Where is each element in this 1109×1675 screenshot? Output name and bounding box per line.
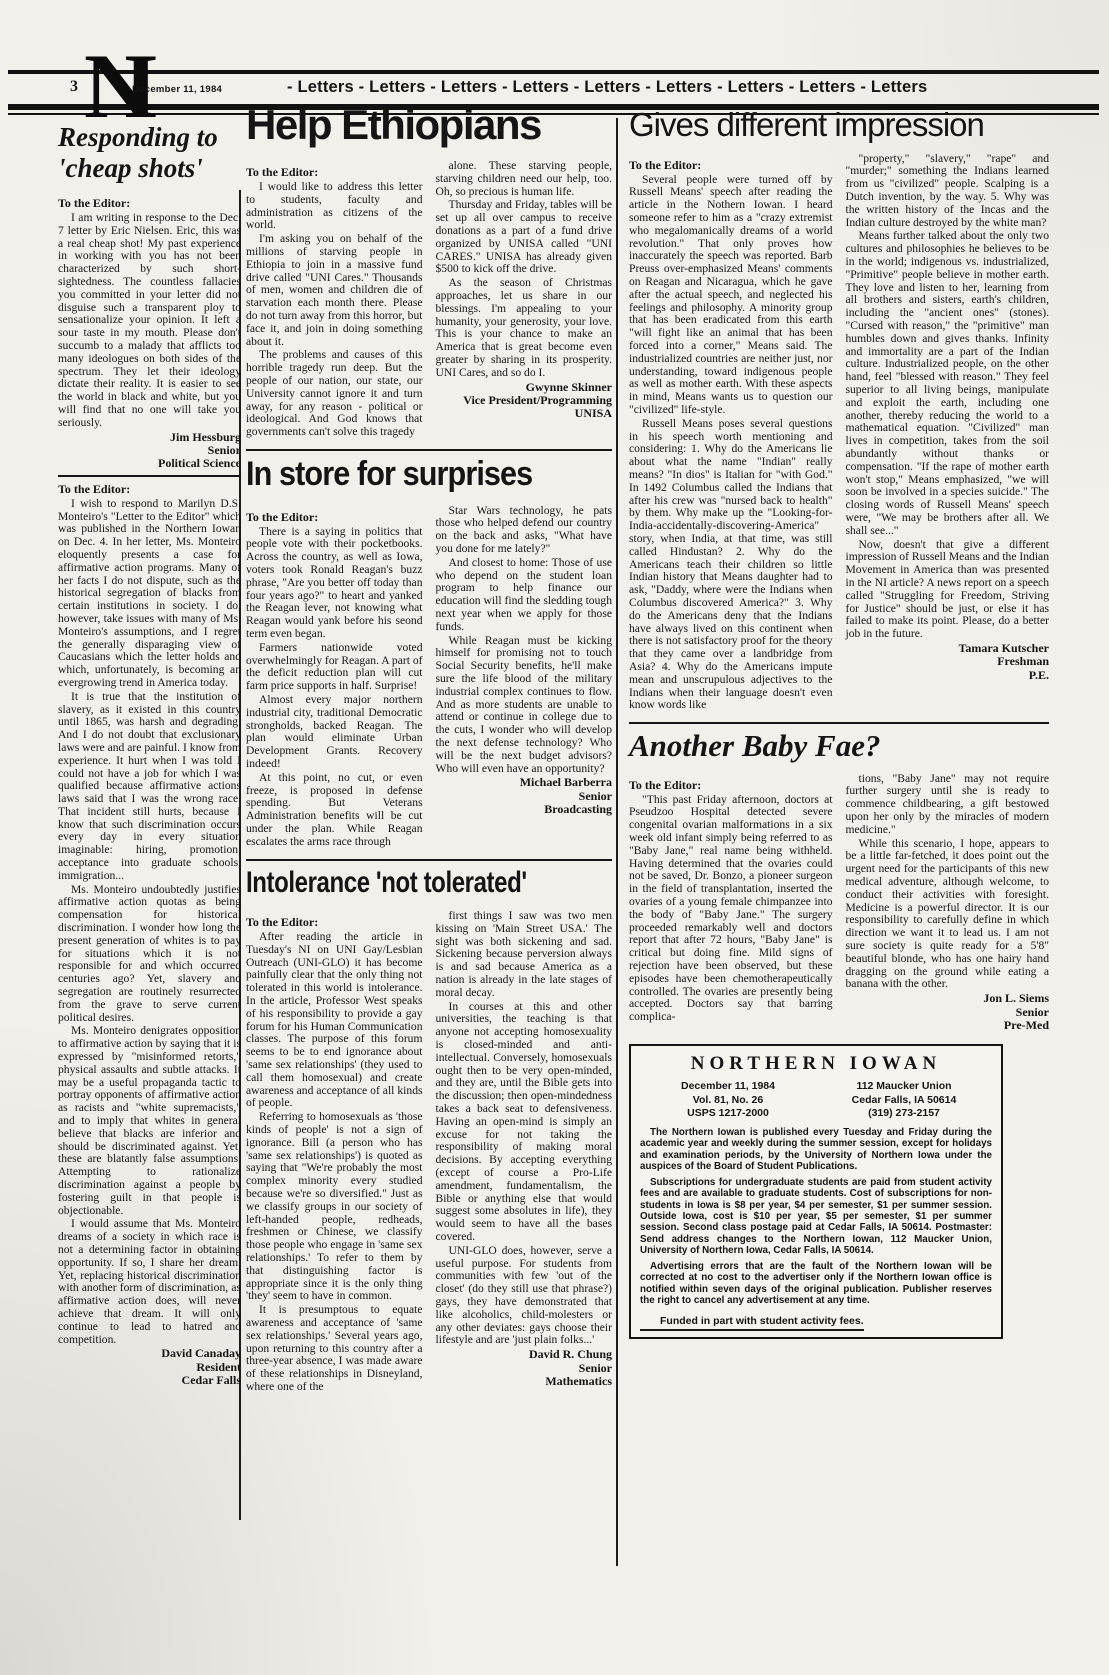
signature-line: Senior (436, 1362, 613, 1375)
masthead-paragraph: Advertising errors that are the fault of… (640, 1261, 992, 1306)
headline-line-1: Responding to (58, 122, 218, 152)
letter-paragraph: Farmers nationwide voted overwhelmingly … (246, 642, 423, 693)
column-1: To the Editor: "This past Friday afterno… (629, 773, 833, 1033)
salutation: To the Editor: (58, 482, 241, 497)
headline-another-baby-fae: Another Baby Fae? (629, 730, 1049, 763)
column-1: To the Editor: There is a saying in poli… (246, 505, 423, 850)
letter-paragraph: Means further talked about the only two … (846, 230, 1050, 537)
letter-paragraph: The problems and causes of this horrible… (246, 349, 423, 439)
masthead-box: NORTHERN IOWAN December 11, 1984Vol. 81,… (629, 1044, 1003, 1339)
divider-middle-right (616, 118, 618, 1566)
letter-paragraph: I'm asking you on behalf of the millions… (246, 233, 423, 348)
signature-line: Political Science (58, 457, 241, 470)
masthead-info-right: 112 Maucker UnionCedar Falls, IA 50614(3… (816, 1080, 992, 1121)
letter-paragraph: I am writing in response to the Dec. 7 l… (58, 212, 241, 430)
signature-line: Gwynne Skinner (436, 381, 613, 394)
letter-gives-different-impression: Gives different impression To the Editor… (629, 108, 1049, 713)
letter-body: "property," "slavery," "rape" and "murde… (846, 153, 1050, 641)
signature-line: David R. Chung (436, 1348, 613, 1361)
signature-line: P.E. (846, 669, 1050, 682)
signature: Jim HessburgSeniorPolitical Science (58, 431, 241, 471)
ni-logo: NI (84, 40, 131, 132)
letter-paragraph: I would assume that Ms. Monteiro dreams … (58, 1218, 241, 1346)
letter-paragraph: Thursday and Friday, tables will be set … (436, 199, 613, 276)
issue-date: December 11, 1984 (132, 84, 222, 95)
letter-paragraph: I wish to respond to Marilyn D.S. Montei… (58, 498, 241, 690)
masthead-title: NORTHERN IOWAN (640, 1053, 992, 1075)
masthead-info-line: December 11, 1984 (640, 1080, 816, 1094)
letter-paragraph: Russell Means poses several questions in… (629, 418, 833, 712)
letters-banner: - Letters - Letters - Letters - Letters … (287, 78, 1079, 97)
headline-gives-different-impression: Gives different impression (629, 108, 1049, 143)
letter-in-store-for-surprises: In store for surprises To the Editor: Th… (246, 457, 612, 850)
letter-paragraph: tions, "Baby Jane" may not require furth… (846, 773, 1050, 837)
letter-paragraph: "This past Friday afternoon, doctors at … (629, 794, 833, 1024)
signature-line: Cedar Falls (58, 1374, 241, 1387)
letter-body: I am writing in response to the Dec. 7 l… (58, 212, 241, 430)
signature-line: Michael Barberra (436, 776, 613, 789)
letter-body: There is a saying in politics that peopl… (246, 526, 423, 849)
signature-line: Freshman (846, 655, 1050, 668)
column-1: To the Editor: After reading the article… (246, 910, 423, 1395)
letter-paragraph: Almost every major northern industrial c… (246, 694, 423, 771)
letter-paragraph: Ms. Monteiro undoubtedly justifies affir… (58, 884, 241, 1025)
letter-body: Several people were turned off by Russel… (629, 174, 833, 712)
letter-intolerance-not-tolerated: Intolerance 'not tolerated' To the Edito… (246, 867, 612, 1395)
letter-paragraph: alone. These starving people, starving c… (436, 160, 613, 198)
newspaper-page: 3 NI December 11, 1984 - Letters - Lette… (0, 0, 1109, 1675)
page-number: 3 (70, 78, 78, 96)
section-rule (246, 449, 612, 451)
letter-paragraph: And closest to home: Those of use who de… (436, 557, 613, 634)
right-section: Gives different impression To the Editor… (629, 108, 1049, 1339)
letter-paragraph: Referring to homosexuals as 'those kinds… (246, 1111, 423, 1303)
letter-paragraph: first things I saw was two men kissing o… (436, 910, 613, 1000)
masthead-paragraphs: The Northern Iowan is published every Tu… (640, 1127, 992, 1306)
letter-paragraph: There is a saying in politics that peopl… (246, 526, 423, 641)
masthead-info-line: USPS 1217-2000 (640, 1107, 816, 1121)
salutation: To the Editor: (629, 158, 833, 173)
signature-line: Mathematics (436, 1375, 613, 1388)
salutation: To the Editor: (58, 196, 241, 211)
letter-another-baby-fae: Another Baby Fae? To the Editor: "This p… (629, 730, 1049, 1032)
letter-body: tions, "Baby Jane" may not require furth… (846, 773, 1050, 992)
signature: David CanadayResidentCedar Falls (58, 1347, 241, 1387)
salutation: To the Editor: (246, 165, 423, 180)
column-2: tions, "Baby Jane" may not require furth… (846, 773, 1050, 1033)
letter-paragraph: It is true that the institution of slave… (58, 691, 241, 883)
letter-body: alone. These starving people, starving c… (436, 160, 613, 380)
signature: Michael BarberraSeniorBroadcasting (436, 776, 613, 816)
signature: David R. ChungSeniorMathematics (436, 1348, 613, 1388)
letter-paragraph: As the season of Christmas approaches, l… (436, 277, 613, 379)
masthead-paragraph: Subscriptions for undergraduate students… (640, 1177, 992, 1256)
letter-canaday: To the Editor: I wish to respond to Mari… (58, 482, 241, 1388)
letter-hessburg: To the Editor: I am writing in response … (58, 196, 241, 471)
letter-paragraph: Ms. Monteiro denigrates opposition to af… (58, 1025, 241, 1217)
signature: Jon L. SiemsSeniorPre-Med (846, 992, 1050, 1032)
masthead-info: December 11, 1984Vol. 81, No. 26USPS 121… (640, 1080, 992, 1121)
middle-section: Help Ethiopians To the Editor: I would l… (246, 104, 612, 1395)
signature-line: Tamara Kutscher (846, 642, 1050, 655)
masthead-info-line: Cedar Falls, IA 50614 (816, 1094, 992, 1108)
header-rule-top (8, 70, 1099, 74)
letter-paragraph: At this point, no cut, or even freeze, i… (246, 772, 423, 849)
signature: Tamara KutscherFreshmanP.E. (846, 642, 1050, 682)
section-rule (246, 859, 612, 861)
letter-body: I wish to respond to Marilyn D.S. Montei… (58, 498, 241, 1347)
masthead-info-line: 112 Maucker Union (816, 1080, 992, 1094)
signature-line: Jon L. Siems (846, 992, 1050, 1005)
letter-paragraph: In courses at this and other universitie… (436, 1001, 613, 1244)
signature-line: UNISA (436, 407, 613, 420)
masthead-info-line: Vol. 81, No. 26 (640, 1094, 816, 1108)
column-2: first things I saw was two men kissing o… (436, 910, 613, 1395)
letter-body: After reading the article in Tuesday's N… (246, 931, 423, 1394)
letter-body: I would like to address this letter to s… (246, 181, 423, 439)
column-1: To the Editor: I would like to address t… (246, 160, 423, 440)
headline-in-store-for-surprises: In store for surprises (246, 457, 575, 493)
letter-body: Star Wars technology, he pats those who … (436, 505, 613, 776)
signature-line: Broadcasting (436, 803, 613, 816)
section-rule (629, 722, 1049, 724)
letter-paragraph: While Reagan must be kicking himself for… (436, 635, 613, 776)
column-2: Star Wars technology, he pats those who … (436, 505, 613, 850)
signature-line: Senior (846, 1006, 1050, 1019)
letter-paragraph: Several people were turned off by Russel… (629, 174, 833, 417)
letter-paragraph: UNI-GLO does, however, serve a useful pu… (436, 1245, 613, 1347)
signature-line: Senior (58, 444, 241, 457)
letter-paragraph: It is presumptous to equate awareness an… (246, 1304, 423, 1394)
masthead-info-line: (319) 273-2157 (816, 1107, 992, 1121)
letter-body: "This past Friday afternoon, doctors at … (629, 794, 833, 1024)
signature-line: Senior (436, 790, 613, 803)
signature-line: Vice President/Programming (436, 394, 613, 407)
column-1: To the Editor: Several people were turne… (629, 153, 833, 713)
headline-help-ethiopians: Help Ethiopians (246, 104, 612, 146)
letter-paragraph: After reading the article in Tuesday's N… (246, 931, 423, 1110)
salutation: To the Editor: (629, 778, 833, 793)
letter-paragraph: Now, doesn't that give a different impre… (846, 539, 1050, 641)
letter-paragraph: "property," "slavery," "rape" and "murde… (846, 153, 1050, 230)
column-2: alone. These starving people, starving c… (436, 160, 613, 440)
letter-paragraph: Star Wars technology, he pats those who … (436, 505, 613, 556)
column-2: "property," "slavery," "rape" and "murde… (846, 153, 1050, 713)
letter-paragraph: While this scenario, I hope, appears to … (846, 838, 1050, 992)
masthead-paragraph: The Northern Iowan is published every Tu… (640, 1127, 992, 1172)
headline-intolerance-not-tolerated: Intolerance 'not tolerated' (246, 867, 539, 899)
letter-separator-rule (58, 475, 241, 477)
signature-line: Pre-Med (846, 1019, 1050, 1032)
left-column: Responding to 'cheap shots' To the Edito… (58, 122, 241, 1388)
letter-help-ethiopians: Help Ethiopians To the Editor: I would l… (246, 104, 612, 440)
salutation: To the Editor: (246, 915, 423, 930)
letter-body: first things I saw was two men kissing o… (436, 910, 613, 1347)
signature-line: Jim Hessburg (58, 431, 241, 444)
masthead-funded-line: Funded in part with student activity fee… (640, 1315, 864, 1331)
headline-line-2: 'cheap shots' (58, 153, 203, 183)
signature-line: Resident (58, 1361, 241, 1374)
salutation: To the Editor: (246, 510, 423, 525)
signature: Gwynne SkinnerVice President/Programming… (436, 381, 613, 421)
masthead-info-left: December 11, 1984Vol. 81, No. 26USPS 121… (640, 1080, 816, 1121)
letter-paragraph: I would like to address this letter to s… (246, 181, 423, 232)
signature-line: David Canaday (58, 1347, 241, 1360)
